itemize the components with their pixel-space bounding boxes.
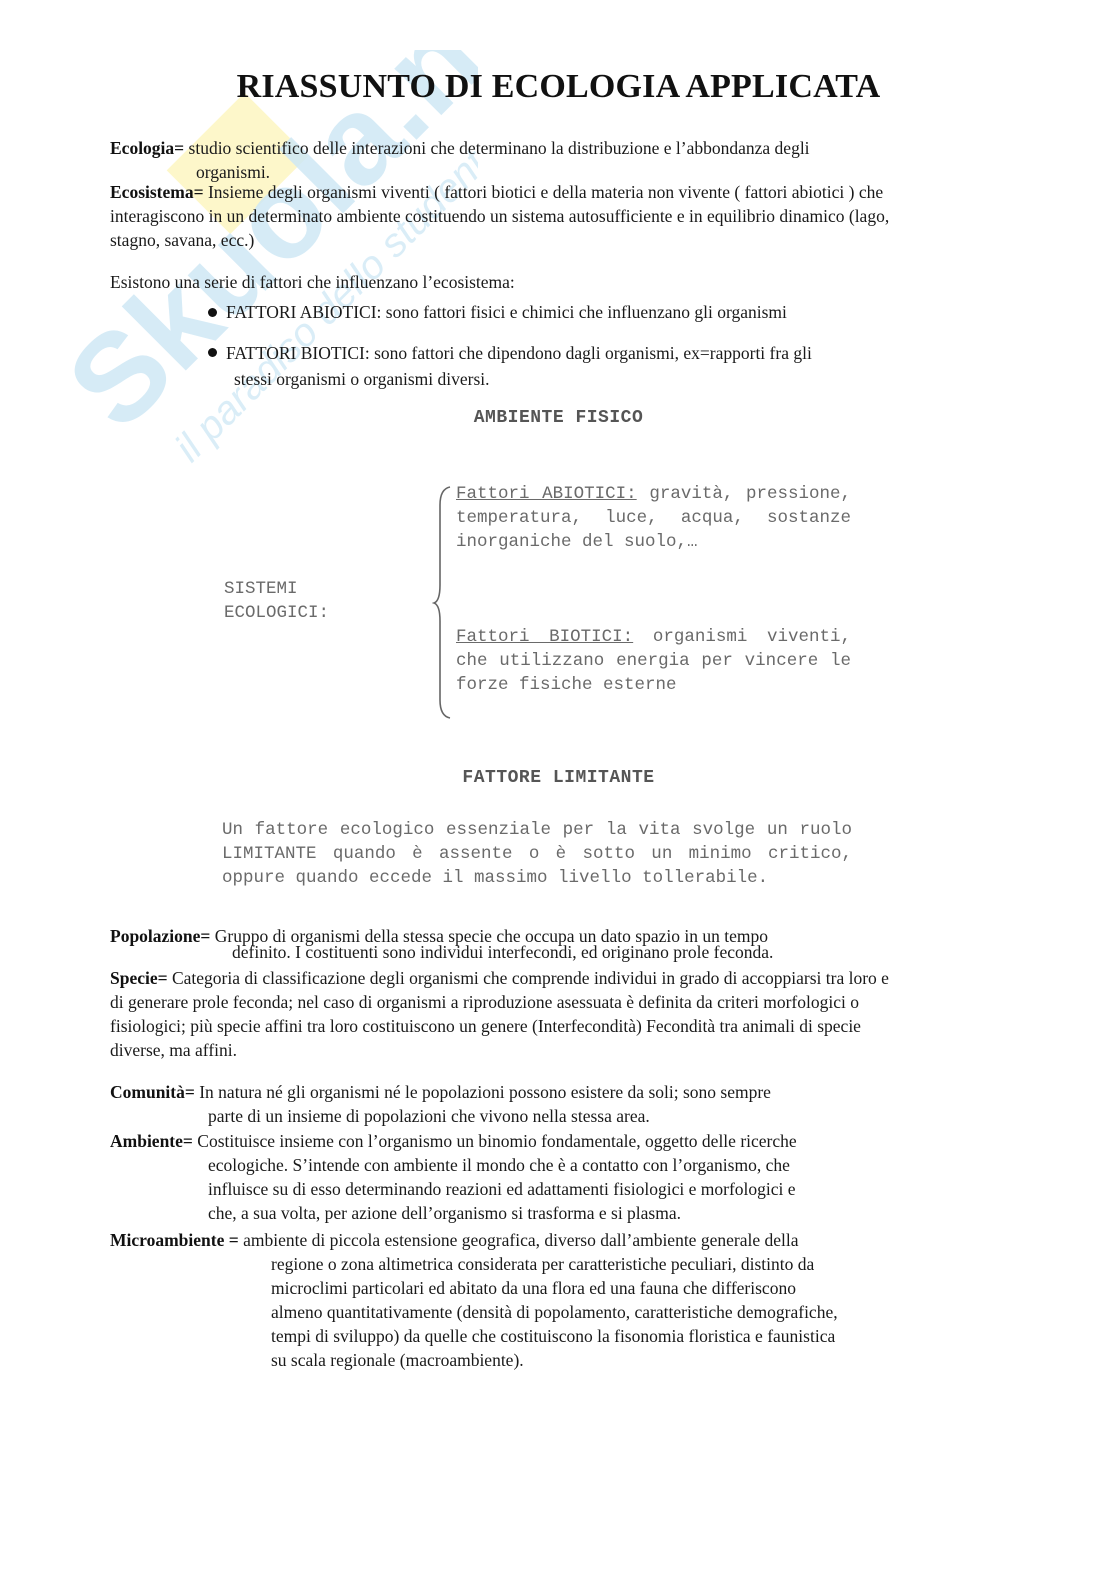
term-ecosistema: Ecosistema=: [110, 182, 204, 202]
definition-specie: Specie= Categoria di classificazione deg…: [110, 966, 1060, 1062]
definition-text: stagno, savana, ecc.): [110, 228, 1070, 252]
abiotic-factors-block: Fattori ABIOTICI: gravità, pressione, te…: [456, 482, 851, 554]
bullet-label: FATTORI ABIOTICI:: [226, 302, 381, 322]
document-page: RIASSUNTO DI ECOLOGIA APPLICATA Ecologia…: [0, 0, 1117, 1579]
term-ambiente: Ambiente=: [110, 1131, 193, 1151]
definition-text: tempi di sviluppo) da quelle che costitu…: [110, 1324, 1060, 1348]
definition-comunita: Comunità= In natura né gli organismi né …: [110, 1080, 1060, 1128]
definition-text: parte di un insieme di popolazioni che v…: [110, 1104, 1060, 1128]
definition-text: Categoria di classificazione degli organ…: [168, 968, 889, 988]
limiting-factor-title: FATTORE LIMITANTE: [0, 768, 1117, 788]
bullet-text: sono fattori fisici e chimici che influe…: [381, 302, 786, 322]
definition-microambiente: Microambiente = ambiente di piccola este…: [110, 1228, 1060, 1372]
definition-text: influisce su di esso determinando reazio…: [110, 1177, 1060, 1201]
definition-text: Insieme degli organismi viventi ( fattor…: [204, 182, 884, 202]
bullet-dot-icon: [208, 308, 217, 317]
bullet-dot-icon: [208, 348, 217, 357]
definition-text: In natura né gli organismi né le popolaz…: [195, 1082, 771, 1102]
definition-text: di generare prole feconda; nel caso di o…: [110, 990, 1060, 1014]
definition-popolazione: Popolazione= Gruppo di organismi della s…: [110, 928, 1060, 960]
bullet-text: sono fattori che dipendono dagli organis…: [370, 343, 812, 363]
definition-text: ecologiche. S’intende con ambiente il mo…: [110, 1153, 1060, 1177]
diagram-title: AMBIENTE FISICO: [0, 408, 1117, 428]
page-title: RIASSUNTO DI ECOLOGIA APPLICATA: [0, 68, 1117, 106]
limiting-factor-text: Un fattore ecologico essenziale per la v…: [222, 818, 852, 890]
bullet-text: stessi organismi o organismi diversi.: [226, 366, 812, 392]
definition-text: interagiscono in un determinato ambiente…: [110, 204, 1070, 228]
definition-text: che, a sua volta, per azione dell’organi…: [110, 1201, 1060, 1225]
factors-intro: Esistono una serie di fattori che influe…: [110, 270, 515, 294]
term-specie: Specie=: [110, 968, 168, 988]
definition-text: almeno quantitativamente (densità di pop…: [110, 1300, 1060, 1324]
term-comunita: Comunità=: [110, 1082, 195, 1102]
systems-label: SISTEMI ECOLOGICI:: [224, 577, 329, 625]
definition-text: regione o zona altimetrica considerata p…: [110, 1252, 1060, 1276]
systems-label-line: ECOLOGICI:: [224, 601, 329, 625]
systems-label-line: SISTEMI: [224, 577, 329, 601]
definition-ecologia: Ecologia= studio scientifico delle inter…: [110, 136, 1070, 184]
bullet-item-biotic: FATTORI BIOTICI: sono fattori che dipend…: [206, 340, 812, 392]
biotic-factors-label: Fattori BIOTICI:: [456, 627, 633, 647]
definition-ecosistema: Ecosistema= Insieme degli organismi vive…: [110, 180, 1070, 252]
definition-text: studio scientifico delle interazioni che…: [184, 138, 809, 158]
definition-ambiente: Ambiente= Costituisce insieme con l’orga…: [110, 1129, 1060, 1225]
definition-text: fisiologici; più specie affini tra loro …: [110, 1014, 1060, 1038]
definition-text: su scala regionale (macroambiente).: [110, 1348, 1060, 1372]
factors-bullet-list: FATTORI ABIOTICI: sono fattori fisici e …: [206, 300, 812, 392]
definition-text: ambiente di piccola estensione geografic…: [239, 1230, 799, 1250]
bullet-label: FATTORI BIOTICI:: [226, 343, 370, 363]
term-microambiente: Microambiente =: [110, 1230, 239, 1250]
abiotic-factors-label: Fattori ABIOTICI:: [456, 484, 637, 504]
definition-text: diverse, ma affini.: [110, 1038, 1060, 1062]
curly-brace-icon: [432, 485, 456, 720]
term-popolazione: Popolazione=: [110, 926, 210, 946]
definition-text: definito. I costituenti sono individui i…: [110, 944, 1060, 960]
definition-text: Costituisce insieme con l’organismo un b…: [193, 1131, 797, 1151]
biotic-factors-block: Fattori BIOTICI: organismi viventi, che …: [456, 625, 851, 697]
bullet-item-abiotic: FATTORI ABIOTICI: sono fattori fisici e …: [206, 300, 812, 324]
definition-text: microclimi particolari ed abitato da una…: [110, 1276, 1060, 1300]
term-ecologia: Ecologia=: [110, 138, 184, 158]
